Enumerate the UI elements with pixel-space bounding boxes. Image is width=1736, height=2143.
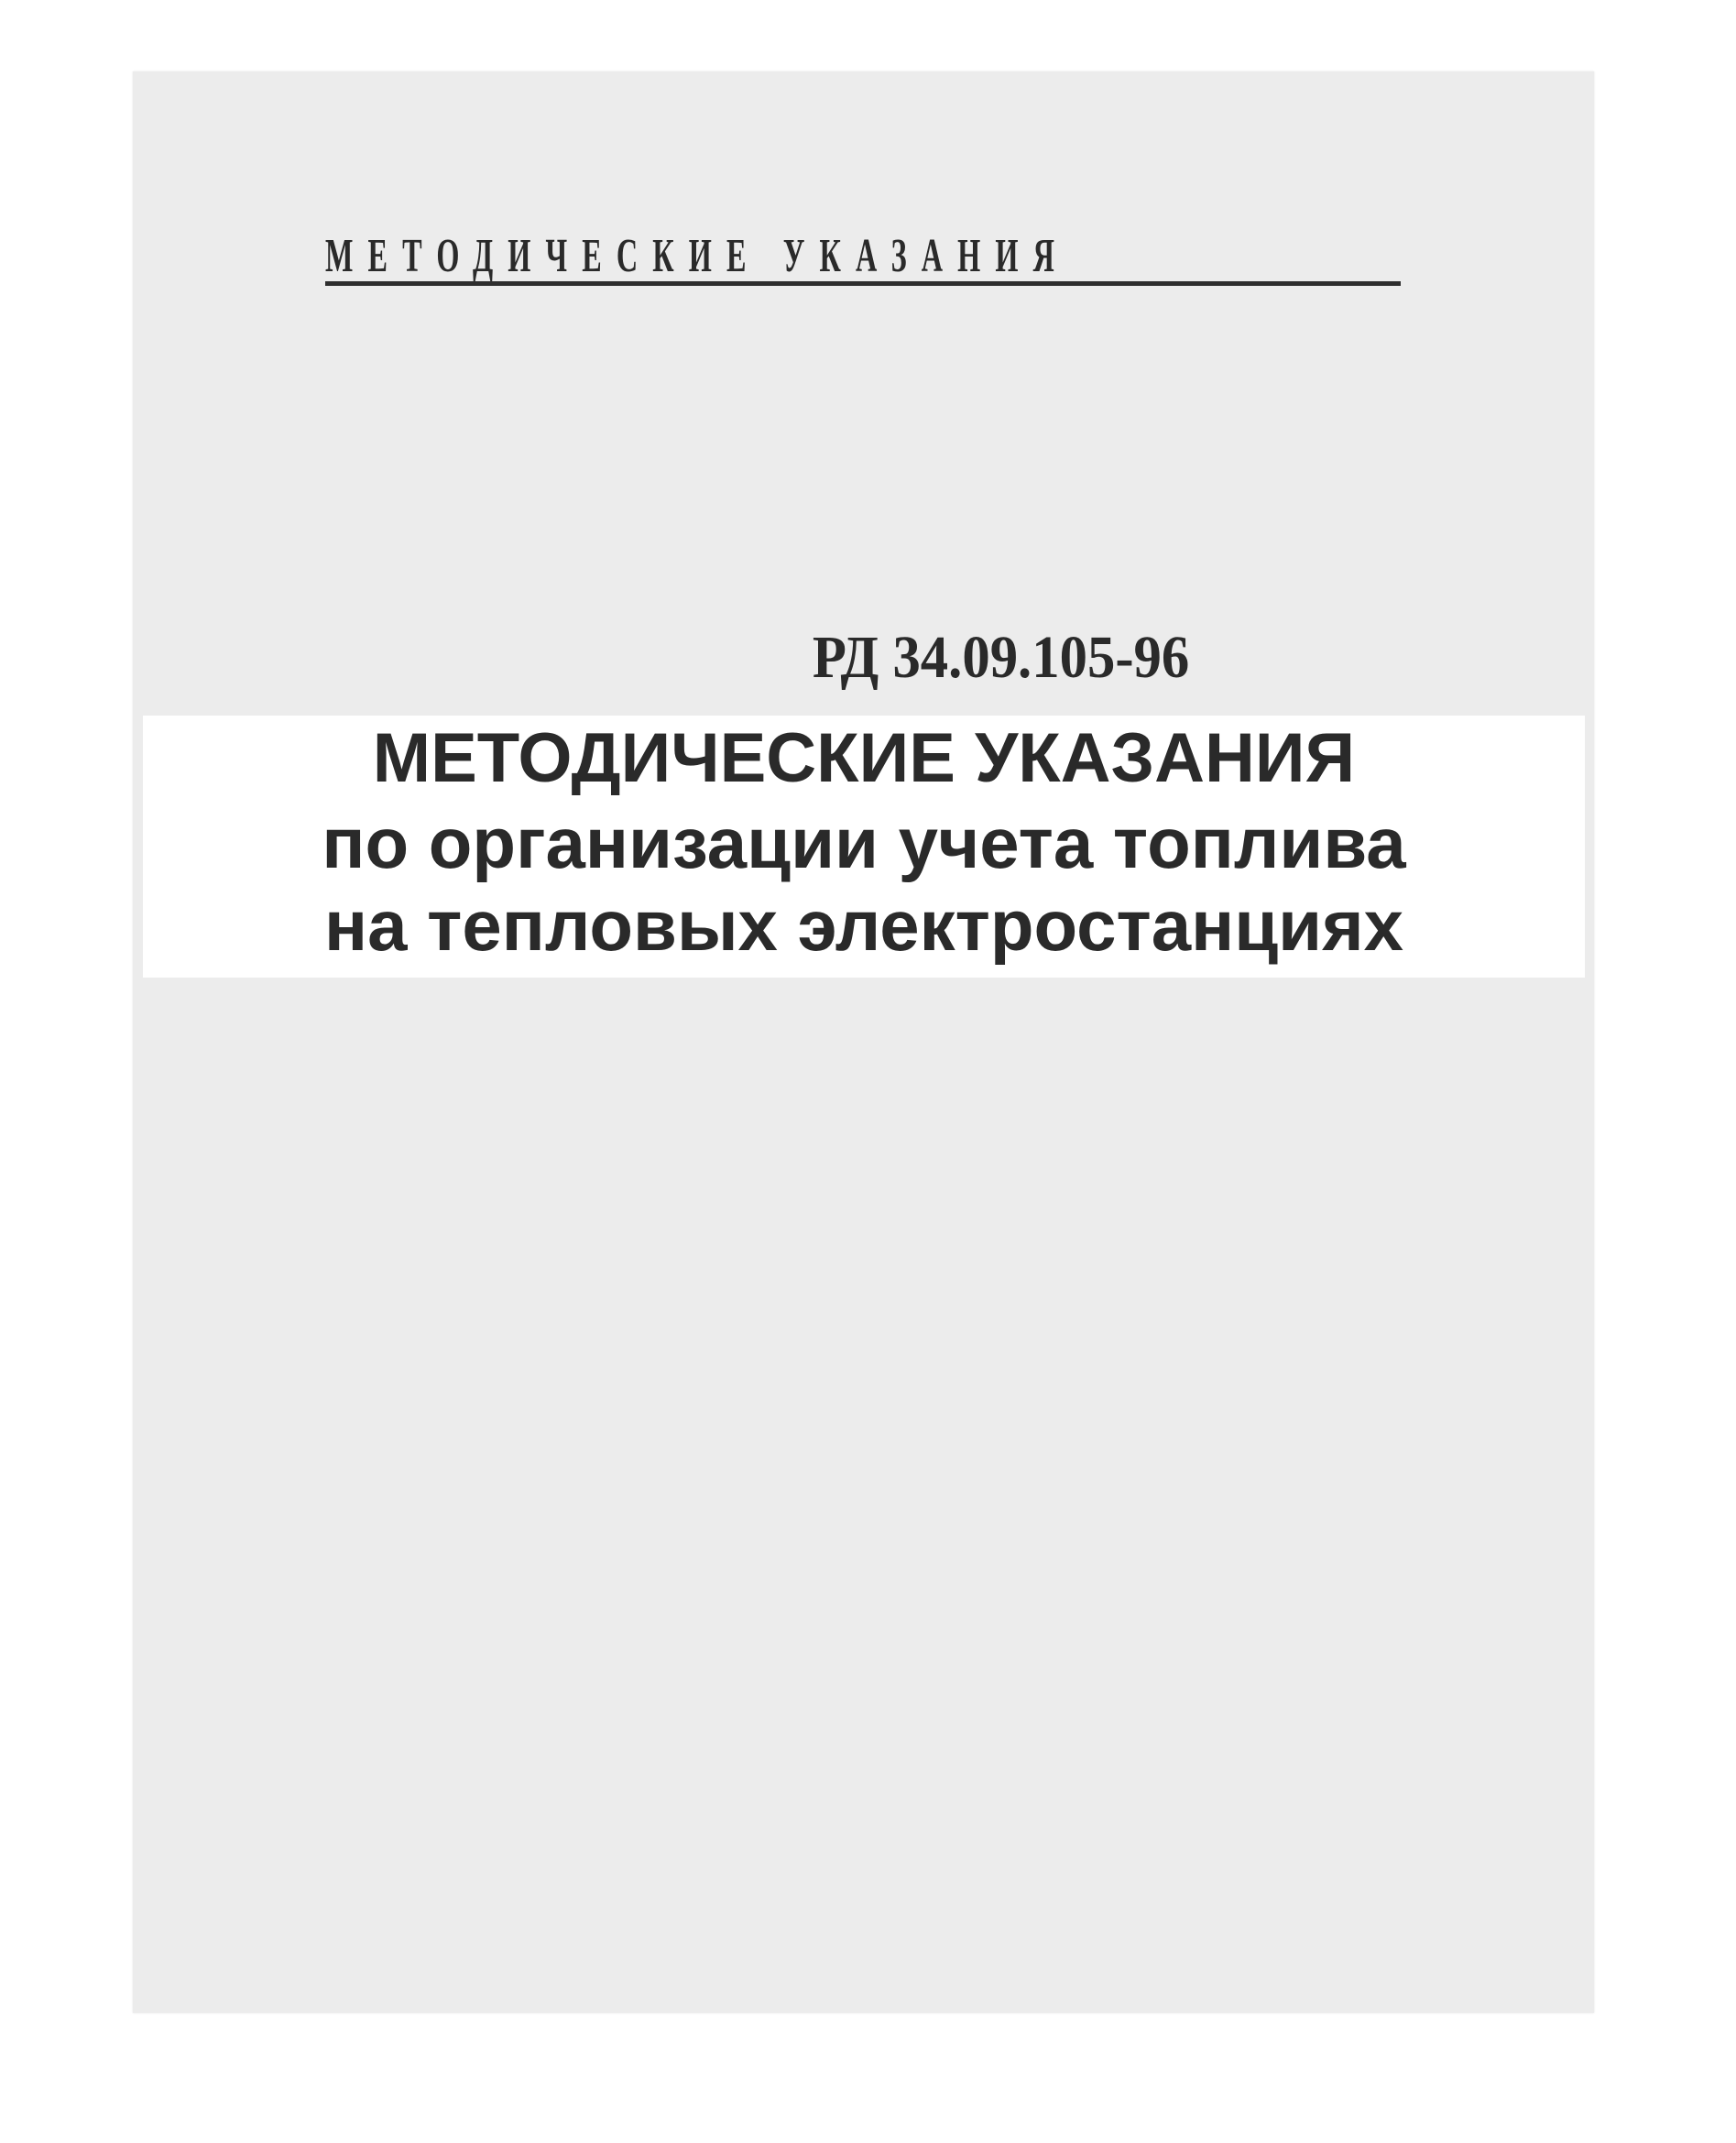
- series-heading-text: МЕТОДИЧЕСКИЕ УКАЗАНИЯ: [325, 233, 1069, 280]
- document-cover: МЕТОДИЧЕСКИЕ УКАЗАНИЯ РД 34.09.105-96 МЕ…: [133, 71, 1594, 2013]
- title-band: МЕТОДИЧЕСКИЕ УКАЗАНИЯ по организации уче…: [143, 716, 1585, 978]
- document-code: РД 34.09.105-96: [133, 621, 1736, 694]
- series-heading: МЕТОДИЧЕСКИЕ УКАЗАНИЯ: [325, 233, 1404, 288]
- title-line-3: на тепловых электростанциях: [143, 884, 1585, 967]
- document-code-text: РД 34.09.105-96: [813, 621, 1189, 694]
- title-line-1: МЕТОДИЧЕСКИЕ УКАЗАНИЯ: [143, 719, 1585, 798]
- series-heading-underline: [325, 281, 1401, 286]
- title-line-2: по организации учета топлива: [143, 802, 1585, 884]
